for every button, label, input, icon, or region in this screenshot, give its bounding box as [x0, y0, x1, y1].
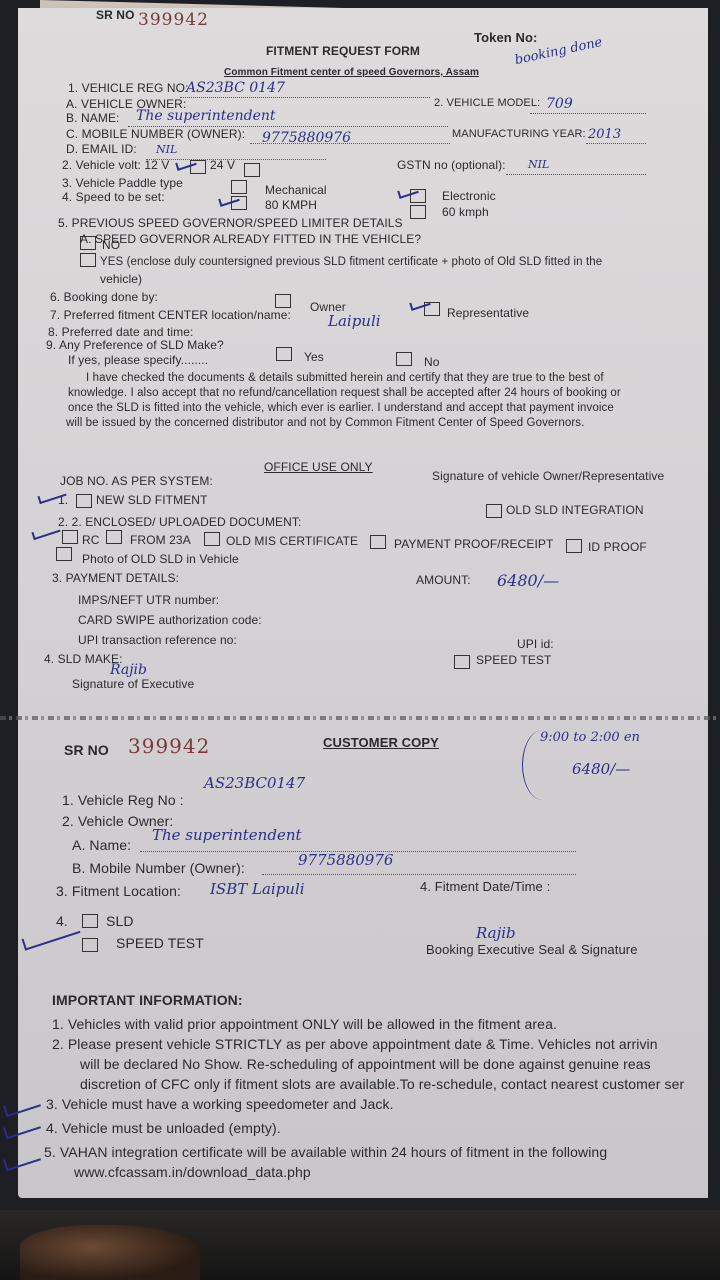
cc-mobile-value[interactable]: 9775880976 [298, 851, 393, 869]
declaration-line-4: will be issued by the concerned distribu… [66, 417, 584, 429]
prev-sg-no-checkbox[interactable] [80, 236, 96, 250]
payment-label: 3. PAYMENT DETAILS: [52, 571, 179, 585]
declaration-line-2: knowledge. I also accept that no refund/… [68, 387, 621, 399]
form-subtitle: Common Fitment center of speed Governors… [224, 67, 479, 78]
amount-label: AMOUNT: [416, 573, 471, 587]
prev-sg-yes-cont: vehicle) [100, 272, 142, 286]
vehicle-reg-label: 1. VEHICLE REG NO: [68, 81, 189, 95]
amount-value[interactable]: 6480/— [497, 571, 559, 590]
cc-reg-label: 1. Vehicle Reg No : [62, 792, 184, 808]
booking-rep-label: Representative [447, 306, 529, 320]
photo-old-sld-label: Photo of OLD SLD in Vehicle [82, 552, 239, 566]
paddle-mechanical-label: Mechanical [265, 183, 327, 197]
cc-sld-label: SLD [106, 913, 134, 929]
imps-label: IMPS/NEFT UTR number: [78, 593, 219, 607]
cc-name-label: A. Name: [72, 837, 131, 853]
sld-pref-label: 9. Any Preference of SLD Make? [46, 338, 224, 352]
mobile-label: C. MOBILE NUMBER (OWNER): [66, 127, 245, 141]
cc-sr-number: 399942 [128, 734, 210, 758]
center-label: 7. Preferred fitment CENTER location/nam… [50, 308, 291, 322]
declaration-line-1: I have checked the documents & details s… [86, 372, 604, 384]
center-value[interactable]: Laipuli [328, 312, 381, 330]
cc-location-label: 3. Fitment Location: [56, 883, 181, 899]
important-item-2-cont-1: will be declared No Show. Re-scheduling … [80, 1056, 651, 1072]
speed-80-label: 80 KMPH [265, 198, 317, 212]
cc-sld-checkbox[interactable] [82, 914, 98, 928]
doc-form23a-checkbox[interactable] [106, 530, 122, 544]
sld-pref-no-label: No [424, 355, 440, 369]
gstn-value[interactable]: NIL [528, 158, 549, 171]
sld-pref-yes-label: Yes [304, 350, 324, 364]
old-sld-label: OLD SLD INTEGRATION [506, 503, 644, 517]
speed-test-checkbox[interactable] [454, 655, 470, 669]
doc-id-label: ID PROOF [588, 540, 647, 554]
old-sld-checkbox[interactable] [486, 504, 502, 518]
sr-number: 399942 [138, 10, 209, 30]
cc-mobile-label: B. Mobile Number (Owner): [72, 860, 245, 876]
cc-speed-test-label: SPEED TEST [116, 935, 204, 951]
date-label: 8. Preferred date and time: [48, 325, 193, 339]
prev-sg-label: 5. PREVIOUS SPEED GOVERNOR/SPEED LIMITER… [58, 216, 403, 230]
cc-seal-signature: Rajib [476, 924, 516, 942]
speed-test-label: SPEED TEST [476, 653, 551, 667]
booking-owner-checkbox[interactable] [275, 294, 291, 308]
cc-sr-label: SR NO [64, 742, 109, 758]
speed-60-label: 60 kmph [442, 205, 489, 219]
card-label: CARD SWIPE authorization code: [78, 613, 262, 627]
upi-id-label: UPI id: [517, 637, 554, 651]
customer-copy-title: CUSTOMER COPY [323, 735, 439, 750]
exec-signature: Rajib [110, 662, 147, 678]
cc-reg-value[interactable]: AS23BC0147 [204, 774, 305, 792]
doc-rc-checkbox[interactable] [62, 530, 78, 544]
important-item-2: 2. Please present vehicle STRICTLY as pe… [52, 1036, 658, 1052]
cc-name-value[interactable]: The superintendent [152, 826, 302, 844]
doc-mis-checkbox[interactable] [204, 532, 220, 546]
sld-pref-no-checkbox[interactable] [396, 352, 412, 366]
prev-sg-no-label: NO [102, 238, 120, 252]
prev-sg-yes-label: YES (enclose duly countersigned previous… [100, 256, 602, 268]
owner-signature-label: Signature of vehicle Owner/Representativ… [432, 469, 664, 483]
volt-24-label: 24 V [210, 158, 235, 172]
sld-pref-specify: If yes, please specify........ [68, 353, 208, 367]
email-dotted-line [146, 159, 326, 160]
paddle-label: 3. Vehicle Paddle type [62, 176, 183, 190]
speed-label: 4. Speed to be set: [62, 190, 165, 204]
important-item-5: 5. VAHAN integration certificate will be… [44, 1144, 607, 1160]
year-dotted-line [586, 143, 646, 144]
enclosed-label: 2. 2. ENCLOSED/ UPLOADED DOCUMENT: [58, 515, 301, 529]
paddle-electronic-label: Electronic [442, 189, 496, 203]
cc-note-amount: 6480/— [572, 760, 630, 778]
gstn-label: GSTN no (optional): [397, 158, 506, 172]
important-item-2-cont-2: discretion of CFC only if fitment slots … [80, 1076, 684, 1092]
cc-datetime-label: 4. Fitment Date/Time : [420, 879, 550, 894]
email-label: D. EMAIL ID: [66, 142, 137, 156]
cc-seal-label: Booking Executive Seal & Signature [426, 942, 638, 957]
job-label: JOB NO. AS PER SYSTEM: [60, 474, 213, 488]
new-sld-checkbox[interactable] [76, 494, 92, 508]
office-use-title: OFFICE USE ONLY [264, 460, 373, 474]
paddle-mechanical-checkbox[interactable] [231, 180, 247, 194]
exec-signature-label: Signature of Executive [72, 677, 194, 691]
photo-old-sld-checkbox[interactable] [56, 547, 72, 561]
doc-form23a-label: FROM 23A [130, 533, 191, 547]
cfc-download-link[interactable]: www.cfcassam.in/download_data.php [74, 1164, 311, 1180]
prev-sg-yes-checkbox[interactable] [80, 253, 96, 267]
cc-note-time: 9:00 to 2:00 en [540, 730, 640, 745]
manufacturing-year-value[interactable]: 2013 [588, 127, 621, 142]
important-item-4: 4. Vehicle must be unloaded (empty). [46, 1120, 281, 1136]
cc-speed-test-checkbox[interactable] [82, 938, 98, 952]
token-label: Token No: [474, 30, 538, 45]
doc-payment-checkbox[interactable] [370, 535, 386, 549]
vehicle-reg-value[interactable]: AS23BC 0147 [186, 80, 285, 96]
form-title: FITMENT REQUEST FORM [266, 44, 420, 58]
booking-label: 6. Booking done by: [50, 290, 158, 304]
new-sld-label: NEW SLD FITMENT [96, 493, 208, 507]
manufacturing-year-label: MANUFACTURING YEAR: [452, 128, 586, 140]
model-dotted-line [530, 113, 646, 114]
perforation-line [0, 716, 720, 720]
important-item-1: 1. Vehicles with valid prior appointment… [52, 1016, 557, 1032]
gstn-dotted-line [506, 174, 646, 175]
vehicle-model-value[interactable]: 709 [546, 96, 573, 112]
declaration-line-3: once the SLD is fitted into the vehicle,… [68, 402, 614, 414]
name-label: B. NAME: [66, 111, 119, 125]
volt-label: 2. Vehicle volt: 12 V [62, 158, 170, 172]
doc-id-checkbox[interactable] [566, 539, 582, 553]
doc-payment-label: PAYMENT PROOF/RECEIPT [394, 537, 553, 551]
cc-location-value[interactable]: ISBT Laipuli [210, 880, 305, 898]
mobile-value[interactable]: 9775880976 [262, 130, 351, 146]
volt-24-checkbox[interactable] [244, 163, 260, 177]
vehicle-model-label: 2. VEHICLE MODEL: [434, 97, 540, 109]
cc-mobile-dotted-line [262, 874, 576, 875]
important-title: IMPORTANT INFORMATION: [52, 992, 243, 1008]
sr-label: SR NO [96, 8, 135, 22]
speed-60-checkbox[interactable] [410, 205, 426, 219]
upi-ref-label: UPI transaction reference no: [78, 633, 237, 647]
sld-pref-yes-checkbox[interactable] [276, 347, 292, 361]
important-item-3: 3. Vehicle must have a working speedomet… [46, 1096, 394, 1112]
background-object [20, 1225, 200, 1280]
doc-rc-label: RC [82, 533, 100, 547]
prev-sg-question: A. SPEED GOVERNOR ALREADY FITTED IN THE … [80, 232, 421, 246]
email-value[interactable]: NIL [156, 143, 177, 156]
doc-mis-label: OLD MIS CERTIFICATE [226, 534, 358, 548]
reg-dotted-line [180, 97, 430, 98]
name-value[interactable]: The superintendent [136, 108, 276, 124]
